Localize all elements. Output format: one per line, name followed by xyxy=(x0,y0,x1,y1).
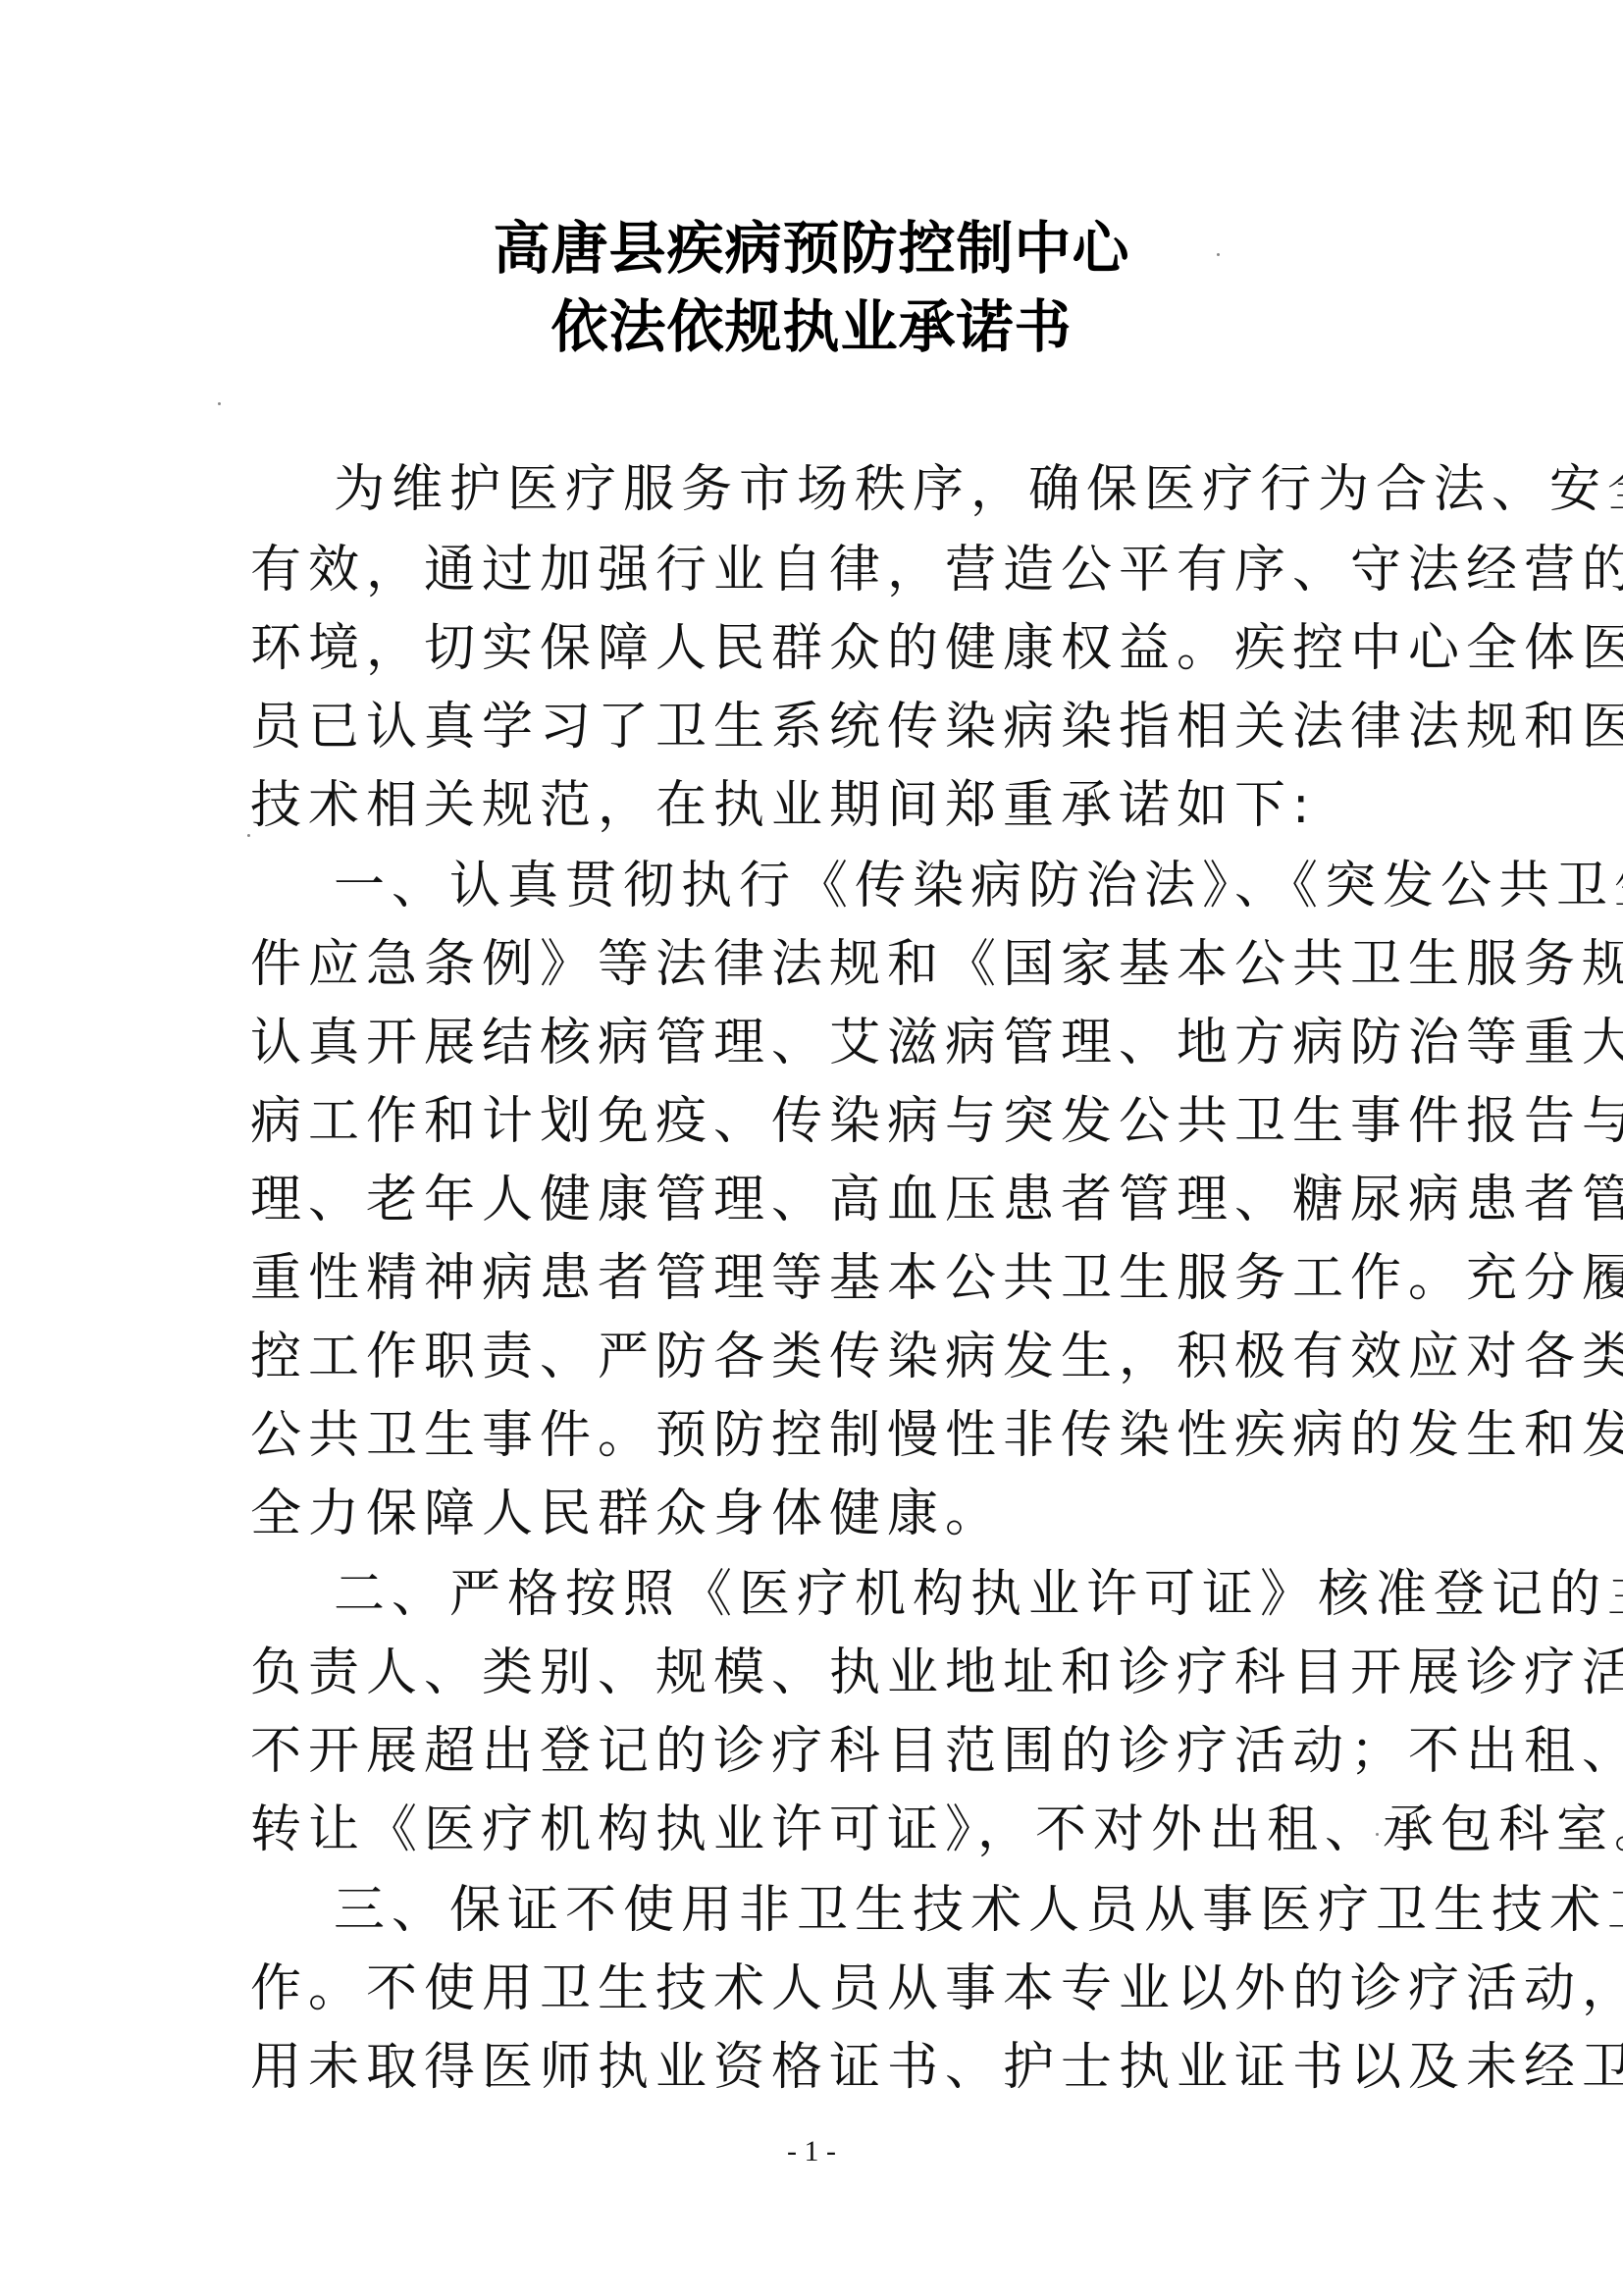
body-line: 全力保障人民群众身体健康。 xyxy=(250,1484,1398,1544)
body-line: 重性精神病患者管理等基本公共卫生服务工作。充分履行疾 xyxy=(250,1248,1398,1309)
body-line: 病工作和计划免疫、传染病与突发公共卫生事件报告与处 xyxy=(250,1091,1398,1152)
document-title-line1: 高唐县疾病预防控制中心 xyxy=(0,214,1623,283)
body-line: 环境，切实保障人民群众的健康权益。疾控中心全体医务人 xyxy=(250,618,1398,679)
body-line: 作。不使用卫生技术人员从事本专业以外的诊疗活动，不使 xyxy=(250,1958,1398,2019)
body-line: 认真开展结核病管理、艾滋病管理、地方病防治等重大传染 xyxy=(250,1013,1398,1073)
body-line: 负责人、类别、规模、执业地址和诊疗科目开展诊疗活动， xyxy=(250,1643,1398,1703)
body-line: 二、严格按照《医疗机构执业许可证》核准登记的主要 xyxy=(334,1564,1482,1625)
scan-speck xyxy=(1217,253,1220,256)
scan-speck xyxy=(1376,1833,1379,1836)
body-line: 三、保证不使用非卫生技术人员从事医疗卫生技术工 xyxy=(334,1880,1482,1941)
document-title-line2: 依法依规执业承诺书 xyxy=(0,292,1623,361)
body-line: 公共卫生事件。预防控制慢性非传染性疾病的发生和发展、 xyxy=(250,1405,1398,1466)
body-line: 技术相关规范，在执业期间郑重承诺如下: xyxy=(250,775,1398,836)
scan-speck xyxy=(247,834,250,837)
body-line: 转让《医疗机构执业许可证》，不对外出租、承包科室。 xyxy=(250,1800,1398,1860)
page-number: - 1 - xyxy=(0,2135,1623,2168)
body-line: 理、老年人健康管理、高血压患者管理、糖尿病患者管理、 xyxy=(250,1170,1398,1230)
body-line: 件应急条例》等法律法规和《国家基本公共卫生服务规范》。 xyxy=(250,934,1398,995)
scan-speck xyxy=(218,402,221,405)
body-line: 用未取得医师执业资格证书、护士执业证书以及未经卫生计 xyxy=(250,2037,1398,2098)
document-page: 高唐县疾病预防控制中心 依法依规执业承诺书 为维护医疗服务市场秩序，确保医疗行为… xyxy=(0,0,1623,2296)
body-line: 为维护医疗服务市场秩序，确保医疗行为合法、安全、 xyxy=(334,459,1482,520)
body-line: 不开展超出登记的诊疗科目范围的诊疗活动；不出租、出借、 xyxy=(250,1721,1398,1782)
body-line: 员已认真学习了卫生系统传染病染指相关法律法规和医疗 xyxy=(250,697,1398,757)
body-line: 控工作职责、严防各类传染病发生，积极有效应对各类突发 xyxy=(250,1327,1398,1387)
body-line: 有效，通过加强行业自律，营造公平有序、守法经营的医疗 xyxy=(250,540,1398,600)
body-line: 一、认真贯彻执行《传染病防治法》、《突发公共卫生事 xyxy=(334,856,1482,916)
